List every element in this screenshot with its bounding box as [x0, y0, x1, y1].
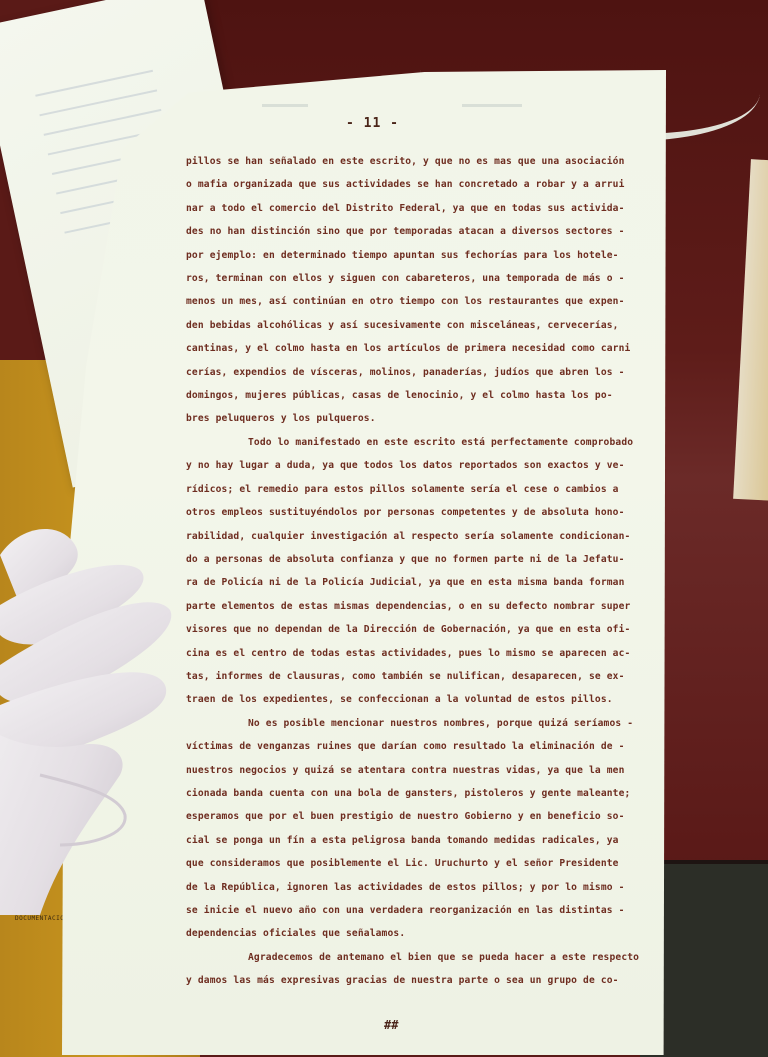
text-line: y no hay lugar a duda, ya que todos los … — [186, 454, 656, 477]
text-line: menos un mes, así continúan en otro tiem… — [186, 290, 656, 313]
text-line: dependencias oficiales que señalamos. — [186, 922, 656, 945]
text-line: ros, terminan con ellos y siguen con cab… — [186, 267, 656, 290]
text-line: de la República, ignoren las actividades… — [186, 876, 656, 899]
text-line: cantinas, y el colmo hasta en los artícu… — [186, 337, 656, 360]
text-line: Todo lo manifestado en este escrito está… — [186, 431, 656, 454]
end-mark: ## — [384, 1018, 398, 1032]
paragraph-3: No es posible mencionar nuestros nombres… — [186, 712, 656, 946]
text-line: do a personas de absoluta confianza y qu… — [186, 548, 656, 571]
text-line: nar a todo el comercio del Distrito Fede… — [186, 197, 656, 220]
gloved-hand — [0, 515, 180, 915]
text-line: rabilidad, cualquier investigación al re… — [186, 525, 656, 548]
text-line: víctimas de venganzas ruines que darían … — [186, 735, 656, 758]
text-line: visores que no dependan de la Dirección … — [186, 618, 656, 641]
text-line: rídicos; el remedio para estos pillos so… — [186, 478, 656, 501]
header-mark — [262, 104, 308, 107]
text-line: traen de los expedientes, se confecciona… — [186, 688, 656, 711]
text-line: por ejemplo: en determinado tiempo apunt… — [186, 244, 656, 267]
paragraph-1: pillos se han señalado en este escrito, … — [186, 150, 656, 431]
text-line: y damos las más expresivas gracias de nu… — [186, 969, 656, 992]
folder-label: DOCUMENTACION — [15, 915, 68, 922]
text-line: domingos, mujeres públicas, casas de len… — [186, 384, 656, 407]
text-line: cina es el centro de todas estas activid… — [186, 642, 656, 665]
text-line: Agradecemos de antemano el bien que se p… — [186, 946, 656, 969]
text-line: que consideramos que posiblemente el Lic… — [186, 852, 656, 875]
text-line: den bebidas alcohólicas y así sucesivame… — [186, 314, 656, 337]
text-line: cial se ponga un fín a esta peligrosa ba… — [186, 829, 656, 852]
text-line: esperamos que por el buen prestigio de n… — [186, 805, 656, 828]
text-line: cerías, expendios de vísceras, molinos, … — [186, 361, 656, 384]
paragraph-2: Todo lo manifestado en este escrito está… — [186, 431, 656, 712]
text-line: se inicie el nuevo año con una verdadera… — [186, 899, 656, 922]
text-line: ra de Policía ni de la Policía Judicial,… — [186, 571, 656, 594]
text-line: bres peluqueros y los pulqueros. — [186, 407, 656, 430]
text-line: des no han distinción sino que por tempo… — [186, 220, 656, 243]
text-line: o mafia organizada que sus actividades s… — [186, 173, 656, 196]
paragraph-4: Agradecemos de antemano el bien que se p… — [186, 946, 656, 993]
text-line: pillos se han señalado en este escrito, … — [186, 150, 656, 173]
header-mark — [462, 104, 522, 107]
text-line: parte elementos de estas mismas dependen… — [186, 595, 656, 618]
text-line: tas, informes de clausuras, como también… — [186, 665, 656, 688]
text-line: No es posible mencionar nuestros nombres… — [186, 712, 656, 735]
page-number: - 11 - — [346, 116, 399, 131]
text-line: nuestros negocios y quizá se atentara co… — [186, 759, 656, 782]
text-line: otros empleos sustituyéndolos por person… — [186, 501, 656, 524]
letter-body: pillos se han señalado en este escrito, … — [186, 150, 656, 993]
text-line: cionada banda cuenta con una bola de gan… — [186, 782, 656, 805]
